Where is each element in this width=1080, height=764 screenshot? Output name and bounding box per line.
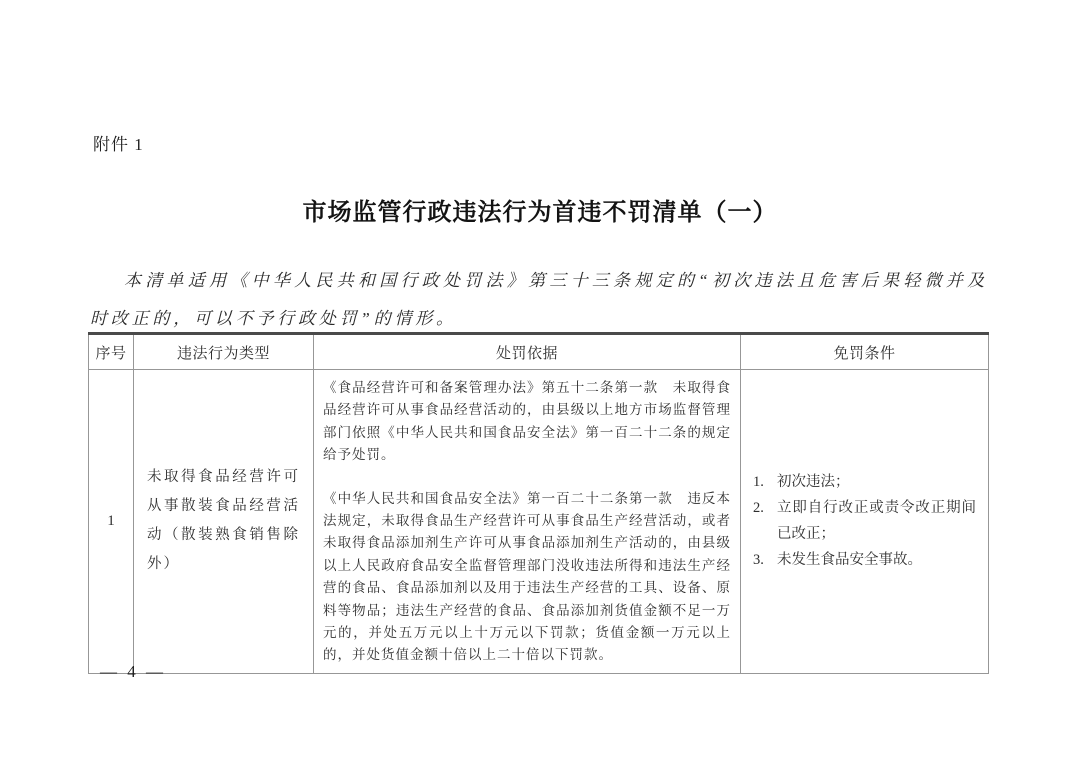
exemption-condition-item: 1. 初次违法；	[751, 469, 976, 495]
header-penalty-basis: 处罚依据	[314, 334, 741, 370]
exemption-item-number: 1.	[753, 469, 764, 495]
cell-penalty-basis: 《食品经营许可和备案管理办法》第五十二条第一款 未取得食品经营许可从事食品经营活…	[314, 370, 741, 674]
penalty-basis-paragraph: 《中华人民共和国食品安全法》第一百二十二条第一款 违反本法规定，未取得食品生产经…	[323, 488, 731, 667]
cell-exemption-conditions: 1. 初次违法； 2. 立即自行改正或责令改正期间已改正； 3. 未发生食品安全…	[741, 370, 989, 674]
exemption-item-text: 初次违法；	[777, 474, 850, 490]
document-page: 附件 1 市场监管行政违法行为首违不罚清单（一） 本清单适用《中华人民共和国行政…	[0, 0, 1080, 764]
table-header-row: 序号 违法行为类型 处罚依据 免罚条件	[89, 334, 989, 370]
page-title: 市场监管行政违法行为首违不罚清单（一）	[0, 192, 1080, 227]
penalty-basis-paragraph: 《食品经营许可和备案管理办法》第五十二条第一款 未取得食品经营许可从事食品经营活…	[323, 377, 731, 467]
intro-paragraph: 本清单适用《中华人民共和国行政处罚法》第三十三条规定的“初次违法且危害后果轻微并…	[90, 262, 988, 338]
attachment-label: 附件 1	[93, 130, 144, 155]
table-row: 1 未取得食品经营许可从事散装食品经营活动（散装熟食销售除外） 《食品经营许可和…	[89, 370, 989, 674]
exemption-item-text: 立即自行改正或责令改正期间已改正；	[777, 500, 976, 542]
violations-table: 序号 违法行为类型 处罚依据 免罚条件 1 未取得食品经营许可从事散装食品经营活…	[88, 332, 989, 674]
cell-violation-type: 未取得食品经营许可从事散装食品经营活动（散装熟食销售除外）	[134, 370, 314, 674]
header-exemption-conditions: 免罚条件	[741, 334, 989, 370]
exemption-condition-item: 2. 立即自行改正或责令改正期间已改正；	[751, 495, 976, 547]
exemption-item-number: 2.	[753, 495, 764, 521]
header-violation-type: 违法行为类型	[134, 334, 314, 370]
exemption-item-number: 3.	[753, 547, 764, 573]
exemption-condition-item: 3. 未发生食品安全事故。	[751, 547, 976, 573]
page-number: — 4 —	[100, 662, 166, 682]
exemption-item-text: 未发生食品安全事故。	[777, 552, 922, 568]
header-serial-number: 序号	[89, 334, 134, 370]
cell-serial-number: 1	[89, 370, 134, 674]
